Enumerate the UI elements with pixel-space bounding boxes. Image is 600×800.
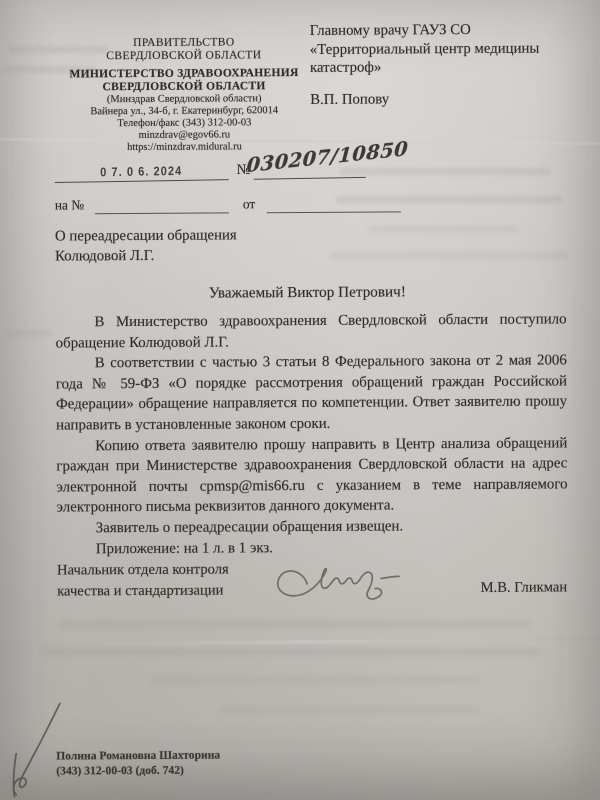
date-stamp: 0 7. 0 6. 2024 <box>100 158 182 179</box>
subject-line1: О переадресации обращения <box>55 226 355 247</box>
addressee-line3: катастроф» <box>310 57 576 77</box>
pen-scribble-mark <box>4 701 75 800</box>
reference-line-outgoing: 0 7. 0 6. 2024 № 030207/10850 <box>0 151 599 191</box>
reference-line-incoming: на № от <box>0 192 599 220</box>
body-paragraph-2: В соответствии с частью 3 статьи 8 Федер… <box>56 351 567 436</box>
letterhead-ministry-line1: МИНИСТЕРСТВО ЗДРАВООХРАНЕНИЯ <box>38 67 330 82</box>
date-stamp-line: 0 7. 0 6. 2024 <box>54 157 228 183</box>
executor-block: Полина Романовна Шахторина (343) 312-00-… <box>56 747 316 779</box>
letter-body: В Министерство здравоохранения Свердловс… <box>55 309 568 559</box>
from-label: от <box>243 196 256 212</box>
from-date-underline <box>267 193 401 213</box>
letterhead: ПРАВИТЕЛЬСТВО СВЕРДЛОВСКОЙ ОБЛАСТИ МИНИС… <box>38 36 331 155</box>
reply-to-label: на № <box>55 197 85 213</box>
signatory-position-line2: качества и стандартизации <box>57 580 287 602</box>
reply-number-underline <box>95 194 229 214</box>
signatory-name: М.В. Гликман <box>421 579 567 597</box>
executor-name: Полина Романовна Шахторина <box>56 747 316 764</box>
signatory-position: Начальник отдела контроля качества и ста… <box>57 559 287 601</box>
addressee-line2: «Территориальный центр медицины <box>310 39 576 59</box>
addressee-line1: Главному врачу ГАУЗ СО <box>310 20 576 40</box>
subject-block: О переадресации обращения Колюдовой Л.Г. <box>55 226 355 267</box>
body-paragraph-3: Копию ответа заявителю прошу направить в… <box>56 433 567 518</box>
body-paragraph-1: В Министерство здравоохранения Свердловс… <box>55 309 566 353</box>
subject-line2: Колюдовой Л.Г. <box>55 245 355 266</box>
addressee-block: Главному врачу ГАУЗ СО «Территориальный … <box>310 20 577 109</box>
salutation: Уважаемый Виктор Петрович! <box>0 282 600 304</box>
scanned-letter-photo: ПРАВИТЕЛЬСТВО СВЕРДЛОВСКОЙ ОБЛАСТИ МИНИС… <box>0 0 600 800</box>
executor-phone: (343) 312-00-03 (доб. 742) <box>56 762 316 779</box>
handwritten-signature <box>269 555 429 614</box>
signatory-position-line1: Начальник отдела контроля <box>57 559 287 581</box>
addressee-name: В.П. Попову <box>310 89 576 109</box>
